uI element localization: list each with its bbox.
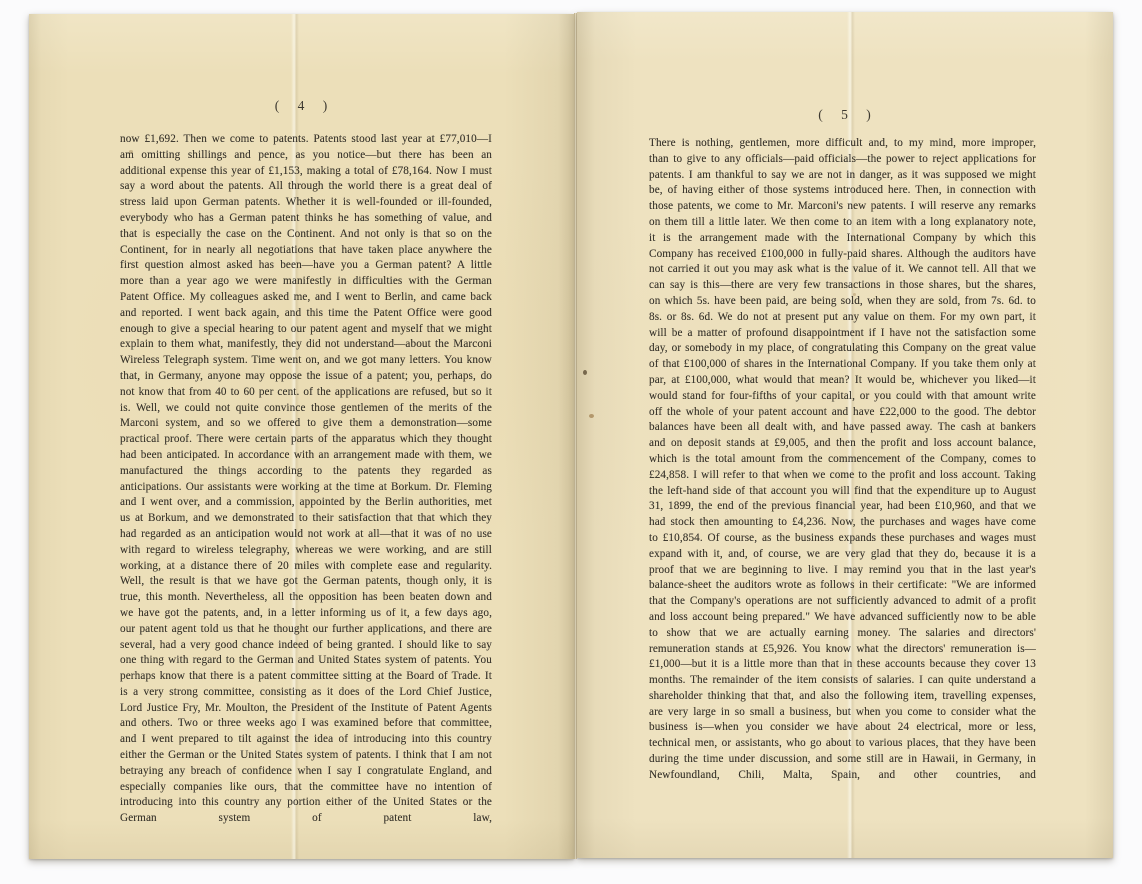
page-4-number: ( 4 ): [29, 98, 574, 114]
page-5-number: ( 5 ): [577, 107, 1113, 123]
page-4-body-text: now £1,692. Then we come to patents. Pat…: [120, 132, 492, 827]
page-5-body-text: There is nothing, gentlemen, more diffic…: [649, 136, 1036, 784]
page-5: ( 5 ) There is nothing, gentlemen, more …: [577, 12, 1113, 858]
booklet-spread: ( 4 ) now £1,692. Then we come to patent…: [0, 0, 1142, 884]
page-4: ( 4 ) now £1,692. Then we come to patent…: [29, 14, 574, 859]
